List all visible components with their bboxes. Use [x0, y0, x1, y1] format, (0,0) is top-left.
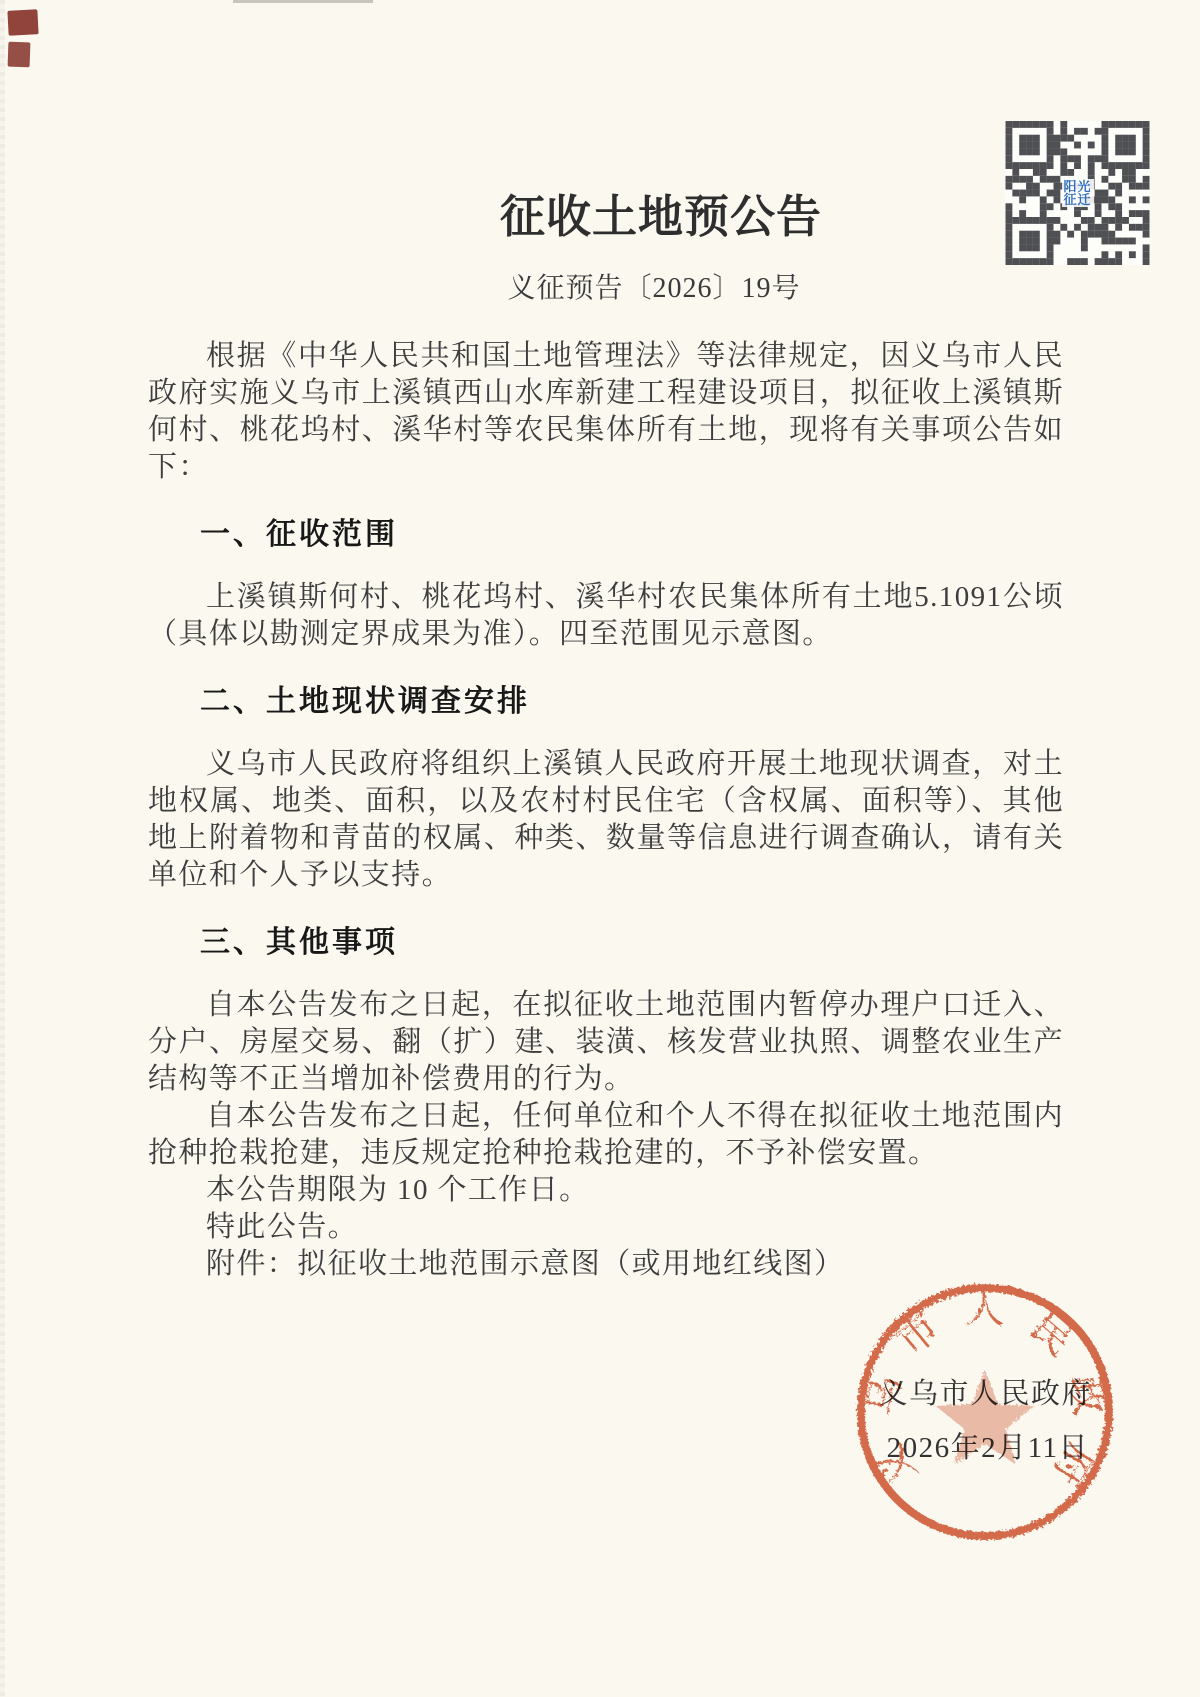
- intro-paragraph: 根据《中华人民共和国土地管理法》等法律规定，因义乌市人民政府实施义乌市上溪镇西山…: [148, 338, 1064, 486]
- scan-artifact-mark: [7, 9, 38, 36]
- signature-date: 2026年2月11日: [878, 1430, 1092, 1467]
- section-2-paragraph-1: 义乌市人民政府将组织上溪镇人民政府开展土地现状调查，对土地权属、地类、面积，以及…: [148, 746, 1064, 894]
- signature-block: 义乌市人民政府 2026年2月11日: [878, 1376, 1092, 1467]
- scan-artifact-corner-marks: [6, 8, 46, 72]
- section-3-paragraph-3: 本公告期限为 10 个工作日。: [148, 1172, 1064, 1209]
- section-3-paragraph-2: 自本公告发布之日起，任何单位和个人不得在拟征收土地范围内抢种抢栽抢建，违反规定抢…: [148, 1098, 1064, 1172]
- scan-artifact-top-streak: [233, 0, 373, 3]
- scanned-document-page: 阳光 征迁 征收土地预公告 义征预告〔2026〕19号 根据《中华人民共和国土地…: [0, 0, 1200, 1697]
- section-1-heading: 一、征收范围: [148, 516, 1064, 553]
- qr-code: 阳光 征迁: [1005, 121, 1150, 265]
- attachment-note: 附件：拟征收土地范围示意图（或用地红线图）: [148, 1246, 1064, 1283]
- section-3-heading: 三、其他事项: [148, 924, 1064, 961]
- section-3-paragraph-1: 自本公告发布之日起，在拟征收土地范围内暂停办理户口迁入、分户、房屋交易、翻（扩）…: [148, 987, 1064, 1098]
- qr-label-line2: 征迁: [1063, 193, 1091, 206]
- signature-issuer: 义乌市人民政府: [878, 1376, 1092, 1413]
- section-3-paragraph-4: 特此公告。: [148, 1209, 1064, 1246]
- qr-center-label: 阳光 征迁: [1061, 179, 1093, 207]
- document-number: 义征预告〔2026〕19号: [507, 272, 800, 306]
- scan-artifact-mark: [8, 42, 31, 68]
- scan-artifact-left-edge: [0, 0, 5, 1697]
- section-1-paragraph-1: 上溪镇斯何村、桃花坞村、溪华村农民集体所有土地5.1091公顷（具体以勘测定界成…: [148, 579, 1064, 653]
- document-title: 征收土地预公告: [500, 192, 822, 242]
- section-2-heading: 二、土地现状调查安排: [148, 683, 1064, 720]
- document-body: 根据《中华人民共和国土地管理法》等法律规定，因义乌市人民政府实施义乌市上溪镇西山…: [148, 338, 1064, 1283]
